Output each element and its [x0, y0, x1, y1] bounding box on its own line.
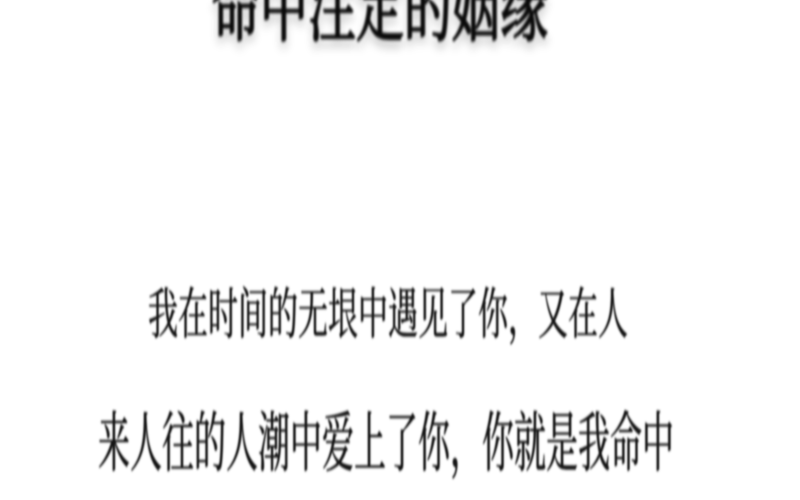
body-text-line-1: 我在时间的无垠中遇见了你，又在人 [148, 289, 628, 345]
page-title: 命中注定的姻缘 [212, 0, 548, 48]
body-text-line-2: 来人往的人潮中爱上了你，你就是我命中 [98, 410, 674, 476]
quote-card: 命中注定的姻缘 我在时间的无垠中遇见了你，又在人 来人往的人潮中爱上了你，你就是… [0, 0, 800, 500]
